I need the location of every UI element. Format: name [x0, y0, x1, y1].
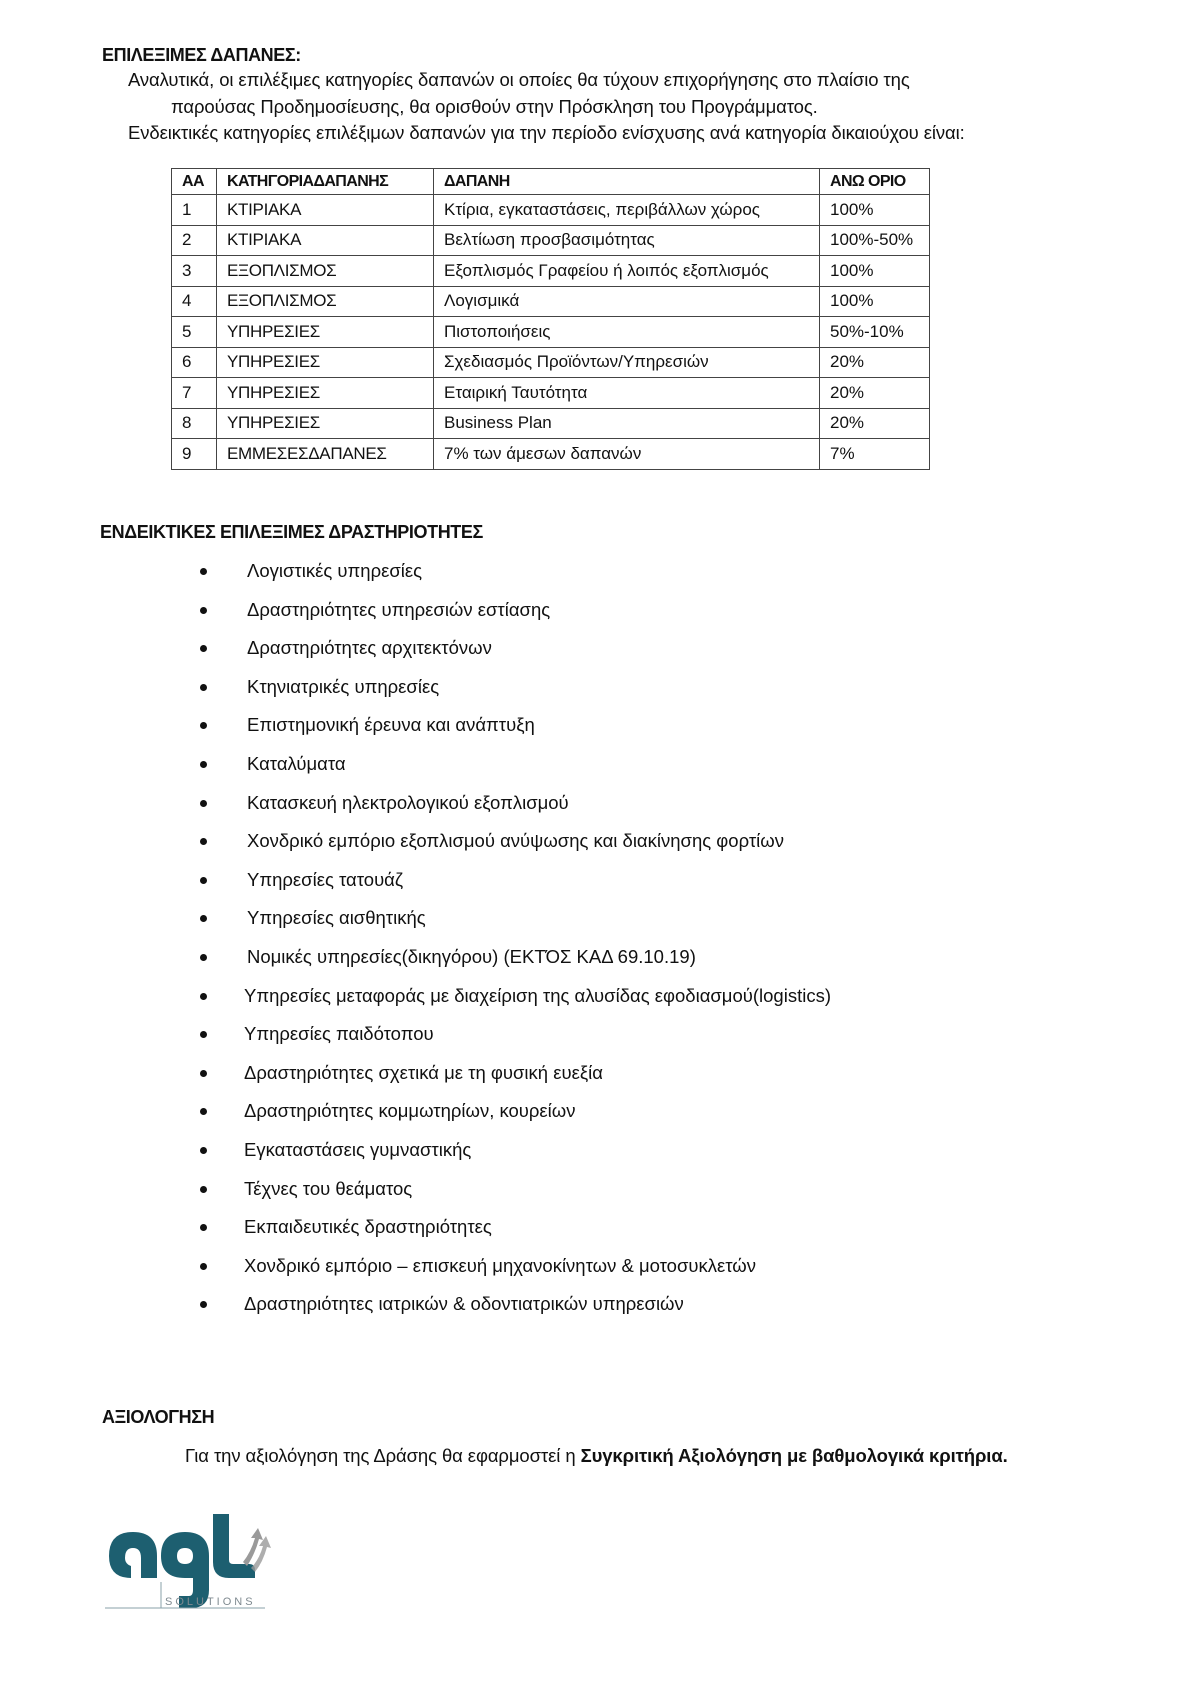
list-item-text: Δραστηριότητες αρχιτεκτόνων: [247, 637, 492, 659]
cell-category: ΕΞΟΠΛΙΣΜΟΣ: [217, 286, 434, 317]
column-header-cost: ΔΑΠΑΝΗ: [434, 169, 820, 195]
column-header-category: ΚΑΤΗΓΟΡΙΑΔΑΠΑΝΗΣ: [217, 169, 434, 195]
bullet-icon: [200, 1263, 207, 1270]
bullet-icon: [200, 954, 207, 961]
cell-aa: 8: [172, 408, 217, 439]
bullet-icon: [200, 1301, 207, 1308]
cell-upper-limit: 100%-50%: [820, 225, 930, 256]
list-item-text: Εγκαταστάσεις γυμναστικής: [244, 1139, 471, 1161]
cell-cost: Πιστοποιήσεις: [434, 317, 820, 348]
cell-category: ΥΠΗΡΕΣΙΕΣ: [217, 347, 434, 378]
table-row: 3ΕΞΟΠΛΙΣΜΟΣΕξοπλισμός Γραφείου ή λοιπός …: [172, 256, 930, 287]
list-item-text: Επιστημονική έρευνα και ανάπτυξη: [247, 714, 535, 736]
table-row: 7ΥΠΗΡΕΣΙΕΣΕταιρική Ταυτότητα20%: [172, 378, 930, 409]
cell-upper-limit: 20%: [820, 347, 930, 378]
cell-category: ΥΠΗΡΕΣΙΕΣ: [217, 317, 434, 348]
cell-cost: 7% των άμεσων δαπανών: [434, 439, 820, 470]
bullet-icon: [200, 761, 207, 768]
evaluation-heading: ΑΞΙΟΛΟΓΗΣΗ: [102, 1407, 214, 1428]
list-item-text: Υπηρεσίες αισθητικής: [247, 907, 426, 929]
bullet-icon: [200, 1070, 207, 1077]
upward-arrows-icon: [243, 1528, 271, 1572]
cell-category: ΥΠΗΡΕΣΙΕΣ: [217, 378, 434, 409]
list-item-text: Κατασκευή ηλεκτρολογικού εξοπλισμού: [247, 792, 569, 814]
cell-cost: Κτίρια, εγκαταστάσεις, περιβάλλων χώρος: [434, 195, 820, 226]
list-item-text: Υπηρεσίες μεταφοράς με διαχείριση της αλ…: [244, 985, 831, 1007]
cell-cost: Business Plan: [434, 408, 820, 439]
cell-aa: 4: [172, 286, 217, 317]
table-header-row: ΑΑ ΚΑΤΗΓΟΡΙΑΔΑΠΑΝΗΣ ΔΑΠΑΝΗ ΑΝΩ ΟΡΙΟ: [172, 169, 930, 195]
bullet-icon: [200, 607, 207, 614]
cell-aa: 7: [172, 378, 217, 409]
cell-category: ΕΞΟΠΛΙΣΜΟΣ: [217, 256, 434, 287]
cell-upper-limit: 20%: [820, 378, 930, 409]
cell-upper-limit: 50%-10%: [820, 317, 930, 348]
list-item-text: Χονδρικό εμπόριο – επισκευή μηχανοκίνητω…: [244, 1255, 756, 1277]
bullet-icon: [200, 877, 207, 884]
bullet-icon: [200, 1224, 207, 1231]
eligible-costs-paragraph-line2: παρούσας Προδημοσίευσης, θα ορισθούν στη…: [171, 96, 818, 118]
list-item-text: Δραστηριότητες ιατρικών & οδοντιατρικών …: [244, 1293, 684, 1315]
list-item-text: Δραστηριότητες σχετικά με τη φυσική ευεξ…: [244, 1062, 603, 1084]
cell-category: ΚΤΙΡΙΑΚΑ: [217, 195, 434, 226]
bullet-icon: [200, 568, 207, 575]
cell-aa: 6: [172, 347, 217, 378]
table-row: 4ΕΞΟΠΛΙΣΜΟΣΛογισμικά100%: [172, 286, 930, 317]
table-row: 5ΥΠΗΡΕΣΙΕΣΠιστοποιήσεις50%-10%: [172, 317, 930, 348]
eligible-costs-table: ΑΑ ΚΑΤΗΓΟΡΙΑΔΑΠΑΝΗΣ ΔΑΠΑΝΗ ΑΝΩ ΟΡΙΟ 1ΚΤΙ…: [171, 168, 930, 470]
logo-graphic: SOLUTIONS: [105, 1512, 275, 1622]
svg-text:SOLUTIONS: SOLUTIONS: [165, 1596, 256, 1608]
bullet-icon: [200, 800, 207, 807]
list-item-text: Υπηρεσίες παιδότοπου: [244, 1023, 434, 1045]
bullet-icon: [200, 1186, 207, 1193]
bullet-icon: [200, 915, 207, 922]
cell-upper-limit: 20%: [820, 408, 930, 439]
cell-category: ΥΠΗΡΕΣΙΕΣ: [217, 408, 434, 439]
list-item-text: Εκπαιδευτικές δραστηριότητες: [244, 1216, 492, 1238]
cell-category: ΚΤΙΡΙΑΚΑ: [217, 225, 434, 256]
cell-aa: 1: [172, 195, 217, 226]
cell-cost: Εταιρική Ταυτότητα: [434, 378, 820, 409]
list-item-text: Τέχνες του θεάματος: [244, 1178, 412, 1200]
cell-aa: 2: [172, 225, 217, 256]
list-item-text: Υπηρεσίες τατουάζ: [247, 869, 403, 891]
table-row: 6ΥΠΗΡΕΣΙΕΣΣχεδιασμός Προϊόντων/Υπηρεσιών…: [172, 347, 930, 378]
cell-upper-limit: 7%: [820, 439, 930, 470]
cell-aa: 9: [172, 439, 217, 470]
cell-cost: Εξοπλισμός Γραφείου ή λοιπός εξοπλισμός: [434, 256, 820, 287]
table-row: 2ΚΤΙΡΙΑΚΑΒελτίωση προσβασιμότητας100%-50…: [172, 225, 930, 256]
bullet-icon: [200, 1108, 207, 1115]
list-item-text: Λογιστικές υπηρεσίες: [247, 560, 422, 582]
cell-aa: 5: [172, 317, 217, 348]
activities-heading: ΕΝΔΕΙΚΤΙΚΕΣ ΕΠΙΛΕΞΙΜΕΣ ΔΡΑΣΤΗΡΙΟΤΗΤΕΣ: [100, 522, 483, 543]
bullet-icon: [200, 1031, 207, 1038]
list-item-text: Καταλύματα: [247, 753, 346, 775]
table-row: 1ΚΤΙΡΙΑΚΑΚτίρια, εγκαταστάσεις, περιβάλλ…: [172, 195, 930, 226]
column-header-aa: ΑΑ: [172, 169, 217, 195]
list-item-text: Δραστηριότητες κομμωτηρίων, κουρείων: [244, 1100, 575, 1122]
list-item-text: Δραστηριότητες υπηρεσιών εστίασης: [247, 599, 550, 621]
column-header-upper-limit: ΑΝΩ ΟΡΙΟ: [820, 169, 930, 195]
cell-upper-limit: 100%: [820, 195, 930, 226]
eligible-costs-heading: ΕΠΙΛΕΞΙΜΕΣ ΔΑΠΑΝΕΣ:: [102, 45, 301, 66]
list-item-text: Νομικές υπηρεσίες(δικηγόρου) (ΕΚΤΌΣ ΚΑΔ …: [247, 946, 696, 968]
table-row: 9ΕΜΜΕΣΕΣΔΑΠΑΝΕΣ7% των άμεσων δαπανών7%: [172, 439, 930, 470]
bullet-icon: [200, 645, 207, 652]
cell-category: ΕΜΜΕΣΕΣΔΑΠΑΝΕΣ: [217, 439, 434, 470]
bullet-icon: [200, 993, 207, 1000]
list-item-text: Κτηνιατρικές υπηρεσίες: [247, 676, 439, 698]
evaluation-text-bold: Συγκριτική Αξιολόγηση με βαθμολογικά κρι…: [581, 1445, 1008, 1466]
list-item-text: Χονδρικό εμπόριο εξοπλισμού ανύψωσης και…: [247, 830, 784, 852]
bullet-icon: [200, 838, 207, 845]
cell-cost: Λογισμικά: [434, 286, 820, 317]
cell-aa: 3: [172, 256, 217, 287]
agl-solutions-logo: SOLUTIONS: [105, 1512, 275, 1622]
cell-cost: Βελτίωση προσβασιμότητας: [434, 225, 820, 256]
evaluation-text: Για την αξιολόγηση της Δράσης θα εφαρμοσ…: [185, 1445, 581, 1466]
cell-upper-limit: 100%: [820, 286, 930, 317]
bullet-icon: [200, 1147, 207, 1154]
table-row: 8ΥΠΗΡΕΣΙΕΣBusiness Plan20%: [172, 408, 930, 439]
bullet-icon: [200, 684, 207, 691]
eligible-costs-paragraph-line3: Ενδεικτικές κατηγορίες επιλέξιμων δαπανώ…: [128, 122, 965, 144]
eligible-costs-paragraph-line1: Αναλυτικά, οι επιλέξιμες κατηγορίες δαπα…: [128, 69, 910, 91]
bullet-icon: [200, 722, 207, 729]
evaluation-paragraph: Για την αξιολόγηση της Δράσης θα εφαρμοσ…: [185, 1445, 1008, 1467]
cell-upper-limit: 100%: [820, 256, 930, 287]
cell-cost: Σχεδιασμός Προϊόντων/Υπηρεσιών: [434, 347, 820, 378]
